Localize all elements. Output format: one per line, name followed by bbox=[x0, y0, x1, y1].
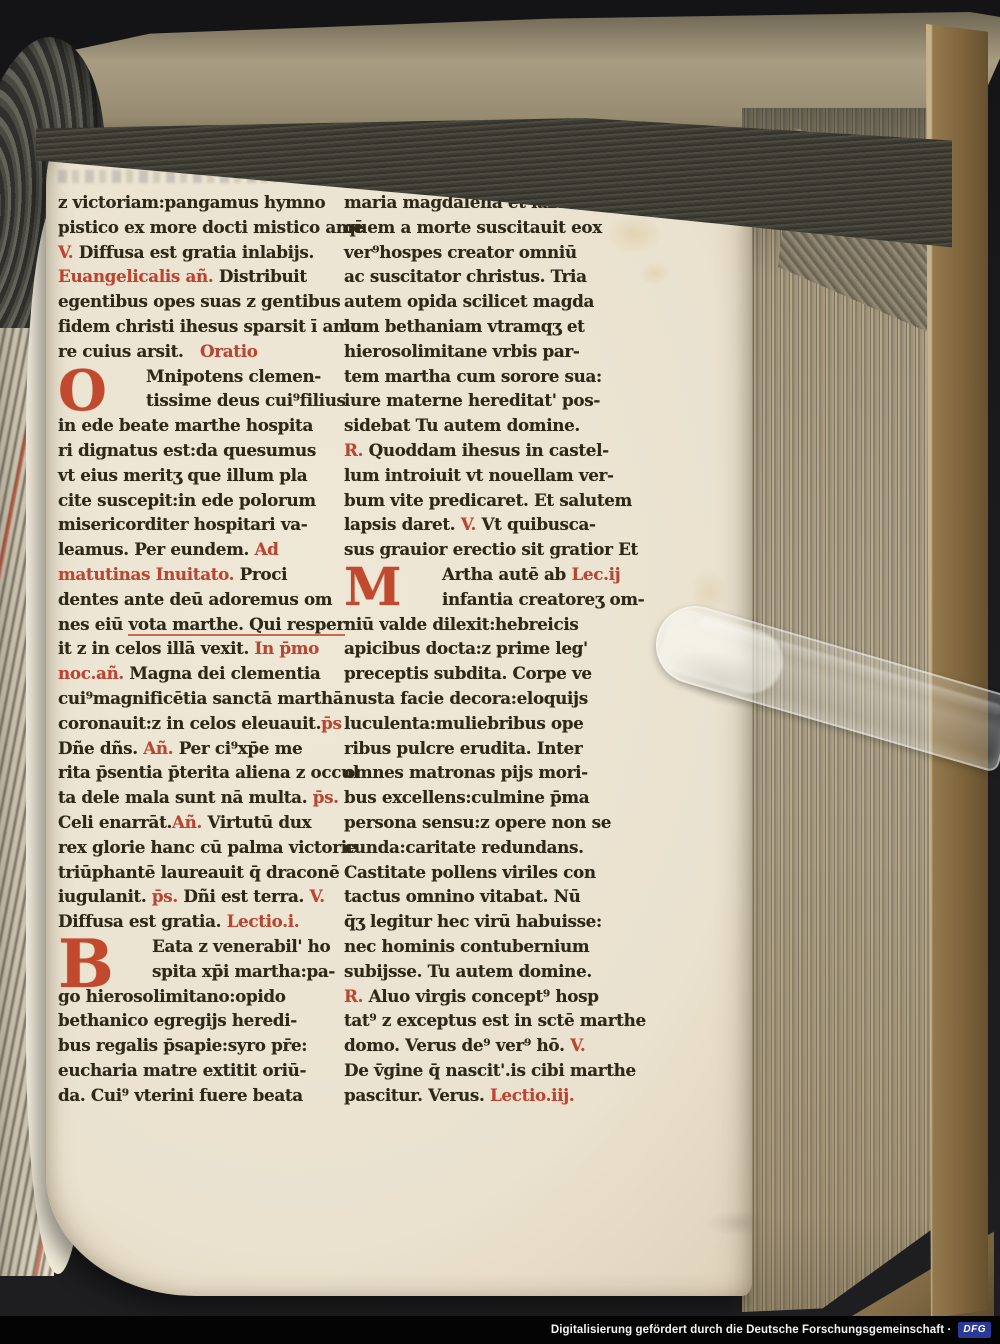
text-line: tem martha cum sorore sua: bbox=[344, 364, 646, 389]
text-segment: nec hominis contubernium bbox=[344, 936, 589, 956]
text-segment: apicibus docta:z prime leg' bbox=[344, 638, 588, 658]
text-segment: spita xp̄i martha:pa- bbox=[152, 961, 335, 981]
text-line: cui⁹magnificētia sanctā marthā bbox=[58, 686, 350, 711]
text-segment: Vt quibusca- bbox=[476, 514, 596, 534]
text-line: pistico ex more docti mistico amē bbox=[58, 215, 350, 240]
text-line: iure materne hereditat' pos- bbox=[344, 388, 646, 413]
book-photograph: 272 270 z victoriam:pangamus hymnopistic… bbox=[0, 0, 1000, 1344]
text-segment: Proci bbox=[234, 564, 287, 584]
text-line: autem opida scilicet magda bbox=[344, 289, 646, 314]
text-line: ri dignatus est:da quesumus bbox=[58, 438, 350, 463]
text-segment: Eata z venerabil' ho bbox=[152, 936, 330, 956]
text-line: MArtha autē ab Lec.ij bbox=[344, 562, 646, 587]
text-line: nes eiū vota marthe. Qui resper bbox=[58, 612, 350, 637]
text-segment: z victoriam:pangamus hymno bbox=[58, 192, 325, 212]
text-segment: Lectio.i. bbox=[227, 911, 300, 931]
text-line: ver⁹hospes creator omniū bbox=[344, 240, 646, 265]
text-column-right: maria magdalena et lāzarusquem a morte s… bbox=[344, 190, 646, 1107]
text-segment: cunda:caritate redundans. bbox=[344, 837, 584, 857]
text-segment: sidebat Tu autem domine. bbox=[344, 415, 580, 435]
text-segment: bus regalis p̄sapie:syro pr̄e: bbox=[58, 1035, 307, 1055]
text-segment: egentibus opes suas z gentibus bbox=[58, 291, 340, 311]
text-segment: Quoddam ihesus in castel- bbox=[363, 440, 609, 460]
text-segment: V. bbox=[310, 886, 325, 906]
text-segment: nes eiū bbox=[58, 614, 128, 634]
text-line: R. Aluo virgis concept⁹ hosp bbox=[344, 984, 646, 1009]
text-segment: autem opida scilicet magda bbox=[344, 291, 594, 311]
text-line: ac suscitator christus. Tria bbox=[344, 264, 646, 289]
text-segment: pascitur. Verus. bbox=[344, 1085, 490, 1105]
text-segment: nusta facie decora:eloquijs bbox=[344, 688, 588, 708]
text-segment: pistico ex more docti mistico amē bbox=[58, 217, 364, 237]
text-line: Euangelicalis añ. Distribuit bbox=[58, 264, 350, 289]
text-segment: it z in celos illā vexit. bbox=[58, 638, 255, 658]
text-segment: Oratio bbox=[200, 341, 258, 361]
text-segment: Lectio.iij. bbox=[490, 1085, 574, 1105]
text-segment: bethanico egregijs heredi- bbox=[58, 1010, 297, 1030]
text-line: fidem christi ihesus sparsit ī amo bbox=[58, 314, 350, 339]
text-line: bum vite predicaret. Et salutem bbox=[344, 488, 646, 513]
text-line: apicibus docta:z prime leg' bbox=[344, 636, 646, 661]
text-segment: p̄s. bbox=[313, 787, 339, 807]
text-segment: Lec.ij bbox=[571, 564, 620, 584]
text-line: lapsis daret. V. Vt quibusca- bbox=[344, 512, 646, 537]
text-line: infantia creatoreʒ om- bbox=[344, 587, 646, 612]
text-segment: infantia creatoreʒ om- bbox=[442, 589, 644, 609]
text-line: leamus. Per eundem. Ad bbox=[58, 537, 350, 562]
text-segment: in ede beate marthe hospita bbox=[58, 415, 313, 435]
text-line: subijsse. Tu autem domine. bbox=[344, 959, 646, 984]
text-line: preceptis subdita. Corpe ve bbox=[344, 661, 646, 686]
text-line: persona sensu:z opere non se bbox=[344, 810, 646, 835]
text-line: vt eius meritʒ que illum pla bbox=[58, 463, 350, 488]
text-segment: Artha autē ab bbox=[442, 564, 571, 584]
text-line: eucharia matre extitit oriū- bbox=[58, 1058, 350, 1083]
text-segment: hierosolimitane vrbis par- bbox=[344, 341, 579, 361]
text-line: ribus pulcre erudita. Inter bbox=[344, 736, 646, 761]
text-segment: omnes matronas pijs mori- bbox=[344, 762, 588, 782]
text-line: triūphantē laureauit q̄ draconē bbox=[58, 860, 350, 885]
text-line: rita p̄sentia p̄terita aliena z occul bbox=[58, 760, 350, 785]
watermark-text: Digitalisierung gefördert durch die Deut… bbox=[551, 1324, 952, 1336]
text-segment: tem martha cum sorore sua: bbox=[344, 366, 602, 386]
text-line: Celi enarrāt.Añ. Virtutū dux bbox=[58, 810, 350, 835]
text-line: matutinas Inuitato. Proci bbox=[58, 562, 350, 587]
text-segment: Aluo virgis concept⁹ hosp bbox=[363, 986, 599, 1006]
text-line: domo. Verus de⁹ ver⁹ hō. V. bbox=[344, 1033, 646, 1058]
text-segment: lum bethaniam vtramqʒ et bbox=[344, 316, 585, 336]
text-line: bus excellens:culmine p̄ma bbox=[344, 785, 646, 810]
text-line: iugulanit. p̄s. Dñi est terra. V. bbox=[58, 884, 350, 909]
text-segment: da. Cui⁹ vterini fuere beata bbox=[58, 1085, 303, 1105]
text-line: tactus omnino vitabat. Nū bbox=[344, 884, 646, 909]
text-segment: Dñe dñs. bbox=[58, 738, 143, 758]
text-segment: V. bbox=[58, 242, 73, 262]
text-segment: Virtutū dux bbox=[202, 812, 311, 832]
text-segment: lapsis daret. bbox=[344, 514, 461, 534]
text-line: coronauit:z in celos eleuauit.p̄s bbox=[58, 711, 350, 736]
text-line: pascitur. Verus. Lectio.iij. bbox=[344, 1083, 646, 1108]
book-page: 272 270 z victoriam:pangamus hymnopistic… bbox=[46, 128, 752, 1296]
text-line: misericorditer hospitari va- bbox=[58, 512, 350, 537]
text-segment: rex glorie hanc cū palma victorie bbox=[58, 837, 357, 857]
text-line: ta dele mala sunt nā multa. p̄s. bbox=[58, 785, 350, 810]
text-line: luculenta:muliebribus ope bbox=[344, 711, 646, 736]
text-line: tat⁹ z exceptus est in sctē marthe bbox=[344, 1008, 646, 1033]
text-segment: matutinas Inuitato. bbox=[58, 564, 234, 584]
text-segment: fidem christi ihesus sparsit ī amo bbox=[58, 316, 361, 336]
text-segment: coronauit:z in celos eleuauit. bbox=[58, 713, 321, 733]
text-segment: Magna dei clementia bbox=[124, 663, 320, 683]
text-line: bethanico egregijs heredi- bbox=[58, 1008, 350, 1033]
text-line: it z in celos illā vexit. In p̄mo bbox=[58, 636, 350, 661]
text-line: quem a morte suscitauit eox bbox=[344, 215, 646, 240]
text-line: lum bethaniam vtramqʒ et bbox=[344, 314, 646, 339]
text-segment: bum vite predicaret. Et salutem bbox=[344, 490, 632, 510]
text-line: lum introiuit vt nouellam ver- bbox=[344, 463, 646, 488]
text-segment: preceptis subdita. Corpe ve bbox=[344, 663, 592, 683]
text-segment: Castitate pollens viriles con bbox=[344, 862, 596, 882]
text-segment: ribus pulcre erudita. Inter bbox=[344, 738, 582, 758]
text-line: tissime deus cui⁹filius bbox=[58, 388, 350, 413]
text-column-left: z victoriam:pangamus hymnopistico ex mor… bbox=[58, 190, 350, 1107]
text-line: go hierosolimitano:opido bbox=[58, 984, 350, 1009]
text-line: cite suscepit:in ede polorum bbox=[58, 488, 350, 513]
text-segment: cui⁹magnificētia sanctā marthā bbox=[58, 688, 343, 708]
text-line: Dñe dñs. Añ. Per ci⁹xp̄e me bbox=[58, 736, 350, 761]
text-segment: eucharia matre extitit oriū- bbox=[58, 1060, 306, 1080]
text-line: nec hominis contubernium bbox=[344, 934, 646, 959]
text-line: rex glorie hanc cū palma victorie bbox=[58, 835, 350, 860]
text-segment: domo. Verus de⁹ ver⁹ hō. bbox=[344, 1035, 570, 1055]
text-segment: R. bbox=[344, 986, 363, 1006]
text-segment: bus excellens:culmine p̄ma bbox=[344, 787, 589, 807]
text-segment: Euangelicalis añ. bbox=[58, 266, 213, 286]
text-segment: Dñi est terra. bbox=[178, 886, 310, 906]
text-segment: De v̄gine q̄ nascit'.is cibi marthe bbox=[344, 1060, 636, 1080]
text-segment: Per ci⁹xp̄e me bbox=[173, 738, 302, 758]
paper-stain bbox=[694, 1206, 784, 1240]
text-segment: persona sensu:z opere non se bbox=[344, 812, 611, 832]
text-segment: subijsse. Tu autem domine. bbox=[344, 961, 592, 981]
text-segment: Celi enarrāt. bbox=[58, 812, 172, 832]
text-line: De v̄gine q̄ nascit'.is cibi marthe bbox=[344, 1058, 646, 1083]
text-segment: V. bbox=[570, 1035, 585, 1055]
text-segment: Añ. bbox=[172, 812, 202, 832]
text-segment: iugulanit. bbox=[58, 886, 152, 906]
text-line: R. Quoddam ihesus in castel- bbox=[344, 438, 646, 463]
text-segment: tissime deus cui⁹filius bbox=[146, 390, 346, 410]
text-line: q̄ʒ legitur hec virū habuisse: bbox=[344, 909, 646, 934]
text-segment: quem a morte suscitauit eox bbox=[344, 217, 602, 237]
text-line: spita xp̄i martha:pa- bbox=[58, 959, 350, 984]
text-line: BEata z venerabil' ho bbox=[58, 934, 350, 959]
text-segment: ver⁹hospes creator omniū bbox=[344, 242, 577, 262]
text-line: omnes matronas pijs mori- bbox=[344, 760, 646, 785]
text-segment: dentes ante deū adoremus om bbox=[58, 589, 332, 609]
text-segment: lum introiuit vt nouellam ver- bbox=[344, 465, 614, 485]
text-segment: misericorditer hospitari va- bbox=[58, 514, 307, 534]
text-segment: p̄s. bbox=[152, 886, 178, 906]
text-line: egentibus opes suas z gentibus bbox=[58, 289, 350, 314]
text-segment: ac suscitator christus. Tria bbox=[344, 266, 587, 286]
text-line: bus regalis p̄sapie:syro pr̄e: bbox=[58, 1033, 350, 1058]
text-segment: Ad bbox=[254, 539, 278, 559]
text-segment: vt eius meritʒ que illum pla bbox=[58, 465, 307, 485]
text-segment: rita p̄sentia p̄terita aliena z occul bbox=[58, 762, 359, 782]
text-line: cunda:caritate redundans. bbox=[344, 835, 646, 860]
text-line: dentes ante deū adoremus om bbox=[58, 587, 350, 612]
text-line: z victoriam:pangamus hymno bbox=[58, 190, 350, 215]
text-line: niū valde dilexit:hebreicis bbox=[344, 612, 646, 637]
text-segment: vota marthe. Qui resper bbox=[128, 614, 344, 634]
text-line: OMnipotens clemen- bbox=[58, 364, 350, 389]
digitization-watermark-bar: Digitalisierung gefördert durch die Deut… bbox=[0, 1316, 1000, 1344]
text-segment: iure materne hereditat' pos- bbox=[344, 390, 600, 410]
text-line: V. Diffusa est gratia inlabijs. bbox=[58, 240, 350, 265]
text-segment: niū valde dilexit:hebreicis bbox=[344, 614, 578, 634]
text-segment: q̄ʒ legitur hec virū habuisse: bbox=[344, 911, 602, 931]
text-segment: R. bbox=[344, 440, 363, 460]
text-line: in ede beate marthe hospita bbox=[58, 413, 350, 438]
text-segment: ri dignatus est:da quesumus bbox=[58, 440, 316, 460]
text-line: hierosolimitane vrbis par- bbox=[344, 339, 646, 364]
text-segment: In p̄mo bbox=[255, 638, 319, 658]
text-segment: cite suscepit:in ede polorum bbox=[58, 490, 316, 510]
text-segment: noc.añ. bbox=[58, 663, 124, 683]
text-segment: ta dele mala sunt nā multa. bbox=[58, 787, 313, 807]
text-segment: luculenta:muliebribus ope bbox=[344, 713, 583, 733]
text-segment: V. bbox=[461, 514, 476, 534]
text-segment: tactus omnino vitabat. Nū bbox=[344, 886, 580, 906]
text-segment: tat⁹ z exceptus est in sctē marthe bbox=[344, 1010, 646, 1030]
text-line: noc.añ. Magna dei clementia bbox=[58, 661, 350, 686]
text-segment: Mnipotens clemen- bbox=[146, 366, 321, 386]
text-line: sidebat Tu autem domine. bbox=[344, 413, 646, 438]
dfg-logo: DFG bbox=[958, 1322, 991, 1338]
text-segment: triūphantē laureauit q̄ draconē bbox=[58, 862, 339, 882]
text-segment: Diffusa est gratia inlabijs. bbox=[73, 242, 314, 262]
text-line: Castitate pollens viriles con bbox=[344, 860, 646, 885]
text-line: da. Cui⁹ vterini fuere beata bbox=[58, 1083, 350, 1108]
text-segment: leamus. Per eundem. bbox=[58, 539, 254, 559]
text-segment: Añ. bbox=[143, 738, 173, 758]
text-line: nusta facie decora:eloquijs bbox=[344, 686, 646, 711]
text-segment: Distribuit bbox=[213, 266, 306, 286]
text-segment: p̄s bbox=[321, 713, 341, 733]
text-segment: go hierosolimitano:opido bbox=[58, 986, 286, 1006]
